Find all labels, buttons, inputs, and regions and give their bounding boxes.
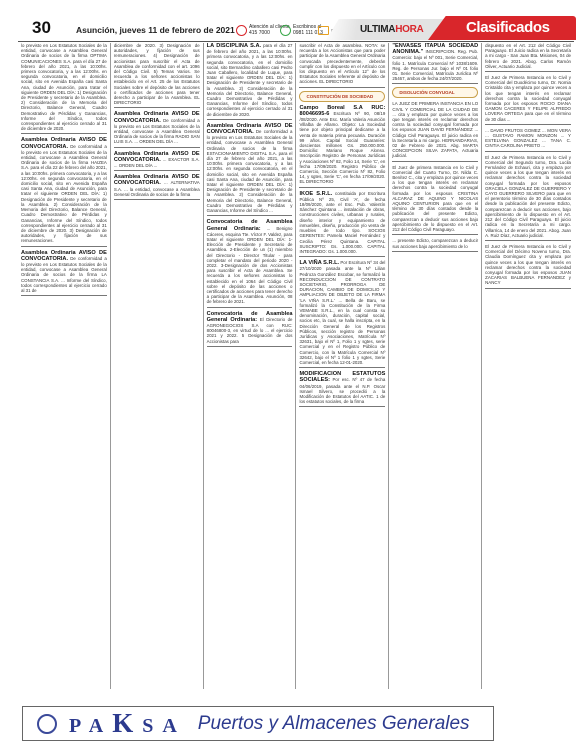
page-number: 30 bbox=[32, 18, 51, 38]
column-5: "ENVASES ITAPUA SOCIEDAD ANONIMA." INSCR… bbox=[389, 43, 482, 689]
brand-letter: A bbox=[162, 715, 185, 737]
notice-body: El Juez de Primera Instancia en lo Civil… bbox=[485, 155, 571, 238]
notice-body: diciembre de 2020. 3) Designación de aut… bbox=[114, 43, 200, 105]
classified-notice: ... DAVID FRUTOS GOMEZ ... MON VERA ... … bbox=[485, 128, 571, 152]
classified-notice: El Juez de Primera Instancia en lo Civil… bbox=[485, 244, 571, 289]
column-4: suscribir el Acta de asamblea. NOTA: se … bbox=[296, 43, 389, 689]
page-date: Asunción, jueves 11 de febrero de 2021 bbox=[76, 25, 235, 35]
contact-whatsapp: Escribinos al0981 111 013 bbox=[280, 24, 323, 36]
notice-body: ... DAVID FRUTOS GOMEZ ... MON VERA ... … bbox=[485, 128, 571, 149]
paksa-seal-icon bbox=[37, 714, 57, 734]
header-rule bbox=[18, 41, 574, 42]
notice-body: De conformidad a lo previsto en Los Esta… bbox=[207, 129, 293, 213]
notice-body: dispuesto en el Art. 212 del Código Civi… bbox=[485, 43, 571, 69]
brand-letter: P bbox=[69, 715, 89, 737]
brand-suffix: HORA bbox=[395, 24, 423, 35]
classified-notice: ... presente Edicto, comparezcan a deduc… bbox=[392, 238, 478, 251]
email-icon bbox=[318, 26, 329, 35]
notice-body: Escritura Nº 90, 08/19 /08/2020. Ante Es… bbox=[299, 111, 385, 185]
classified-notice: El Juez de primera Instancia en lo Civil… bbox=[392, 165, 478, 236]
classified-notice: suscribir el Acta de asamblea. NOTA: se … bbox=[299, 43, 385, 88]
classified-notice: Asamblea Ordinaria AVISO DE CONVOCATORIA… bbox=[114, 151, 200, 172]
notice-body: Por Escritura Nº 34 del 27/10/2020 pasad… bbox=[299, 260, 385, 365]
classified-notice: El Juez de Primera Instancia en lo Civil… bbox=[485, 75, 571, 125]
classified-notice: LA VIÑA S.R.L. Por Escritura Nº 34 del 2… bbox=[299, 260, 385, 368]
classified-notice: dispuesto en el Art. 212 del Código Civi… bbox=[485, 43, 571, 72]
classified-notice: Asamblea Ordinaria AVISO DE CONVOCATORIA… bbox=[114, 111, 200, 147]
notice-title: LA VIÑA S.R.L. bbox=[299, 260, 339, 266]
notice-body: El Juez de Primera Instancia en lo Civil… bbox=[485, 75, 571, 122]
classified-notice: Convocatoria de Asamblea General Ordinar… bbox=[207, 219, 293, 307]
classified-notice: MODIFICACION ESTATUTOS SOCIALES: Por esc… bbox=[299, 371, 385, 407]
section-title: Clasificados bbox=[466, 19, 550, 36]
notice-body: ... presente Edicto, comparezcan a deduc… bbox=[392, 238, 478, 248]
notice-title: LA DISCIPLINA S.A. bbox=[207, 43, 261, 49]
whatsapp-icon bbox=[280, 25, 291, 36]
classified-notice: Convocatoria de Asamblea General Ordinar… bbox=[207, 311, 293, 347]
classified-notice: IKOE S.R.L. constituida por Escritura Pú… bbox=[299, 191, 385, 257]
brand-logo: ULTIMAHORA bbox=[360, 24, 423, 35]
phone-icon bbox=[236, 25, 247, 36]
classified-notice: diciembre de 2020. 3) Designación de aut… bbox=[114, 43, 200, 108]
contact-value: 415 7000 bbox=[249, 30, 270, 36]
classified-notice: El Juez de Primera Instancia en lo Civil… bbox=[485, 155, 571, 241]
brand-letter: A bbox=[89, 715, 112, 737]
classified-notice: LA DISCIPLINA S.A. para el día 27 de feb… bbox=[207, 43, 293, 120]
notice-body: LA JUEZ DE PRIMERA INSTANCIA EN LO CIVIL… bbox=[392, 101, 478, 158]
column-2: diciembre de 2020. 3) Designación de aut… bbox=[111, 43, 204, 689]
brand-prefix: ULTIMA bbox=[360, 24, 395, 35]
notice-body: lo previsto en Los Estatutos Sociales de… bbox=[21, 43, 107, 131]
classified-notice: lo previsto en Los Estatutos Sociales de… bbox=[21, 43, 107, 134]
classified-notice: Asamblea Ordinaria AVISO DE CONVOCATORIA… bbox=[21, 137, 107, 246]
notice-body: El Juez de primera Instancia en lo Civil… bbox=[392, 165, 478, 232]
banner-tagline: Puertos y Almacenes Generales bbox=[198, 713, 470, 735]
notice-body: De conformidad a lo previsto en Los Esta… bbox=[21, 256, 107, 293]
column-6: dispuesto en el Art. 212 del Código Civi… bbox=[482, 43, 574, 689]
paksa-banner-ad[interactable]: PAKSA Puertos y Almacenes Generales bbox=[22, 706, 494, 741]
notice-body: constituida por Escritura Pública Nº 25,… bbox=[299, 191, 385, 254]
classified-notice: Asamblea Ordinaria AVISO DE CONVOCATORIA… bbox=[21, 250, 107, 297]
notice-title: IKOE S.R.L. bbox=[299, 191, 332, 197]
section-tag: DISOLUCIÓN CONYUGAL bbox=[392, 87, 478, 98]
notice-body: suscribir el Acta de asamblea. NOTA: se … bbox=[299, 43, 385, 84]
classified-notice: Asamblea Ordinaria AVISO DE CONVOCATORIA… bbox=[114, 174, 200, 200]
column-1: lo previsto en Los Estatutos Sociales de… bbox=[18, 43, 111, 689]
brand-letter: S bbox=[142, 715, 162, 737]
classified-notice: Asamblea Ordinaria AVISO DE CONVOCATORIA… bbox=[207, 123, 293, 216]
classified-notice: Campo Boreal S.A RUC: 80046695-6 Escritu… bbox=[299, 105, 385, 188]
notice-body: El Juez de Primera Instancia en lo Civil… bbox=[485, 244, 571, 285]
notice-body: para el día 27 de febrero del año 2021, … bbox=[207, 43, 293, 117]
classified-notice: LA JUEZ DE PRIMERA INSTANCIA EN LO CIVIL… bbox=[392, 101, 478, 161]
section-tag: CONSTITUCIÓN DE SOCIEDAD bbox=[299, 91, 385, 102]
banner-brand: PAKSA bbox=[69, 708, 186, 739]
brand-letter: K bbox=[112, 708, 142, 738]
page-header: 30 Asunción, jueves 11 de febrero de 202… bbox=[18, 20, 574, 40]
column-3: LA DISCIPLINA S.A. para el día 27 de feb… bbox=[204, 43, 297, 689]
classified-notice: "ENVASES ITAPUA SOCIEDAD ANONIMA." INSCR… bbox=[392, 43, 478, 84]
classifieds-columns: lo previsto en Los Estatutos Sociales de… bbox=[18, 43, 574, 689]
notice-body: De conformidad a lo previsto en Los Esta… bbox=[21, 144, 107, 244]
notice-body: ... Benigno Cáceres, esquina Tte. Víctor… bbox=[207, 226, 293, 305]
